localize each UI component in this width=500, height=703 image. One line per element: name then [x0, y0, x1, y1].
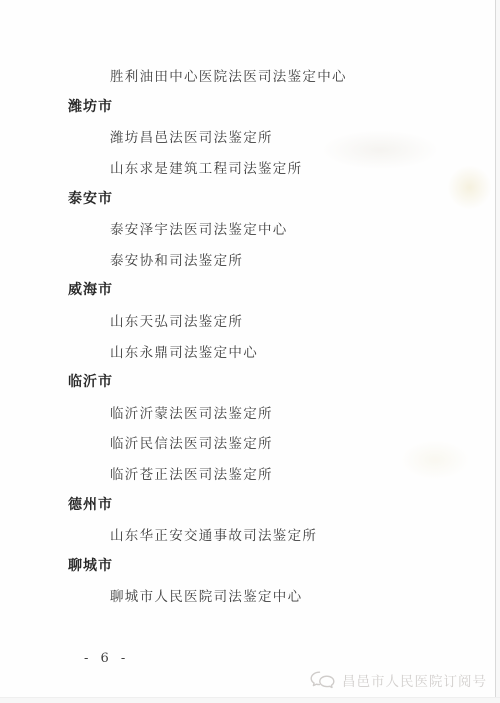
city-header-row: 威海市 [0, 274, 500, 305]
page-number: - 6 - [84, 651, 129, 666]
institution-row: 泰安泽宇法医司法鉴定中心 [0, 213, 500, 244]
institution-row: 山东华正安交通事故司法鉴定所 [0, 519, 500, 550]
city-header-row: 聊城市 [0, 550, 500, 581]
institution-row: 聊城市人民医院司法鉴定中心 [0, 580, 500, 611]
city-header-row: 潍坊市 [0, 91, 500, 122]
chat-bubbles-icon [309, 670, 336, 690]
institution-row: 泰安协和司法鉴定所 [0, 244, 500, 275]
institution-list: 胜利油田中心医院法医司法鉴定中心潍坊市潍坊昌邑法医司法鉴定所山东求是建筑工程司法… [0, 60, 500, 611]
page-right-edge [496, 0, 500, 703]
watermark-text: 昌邑市人民医院订阅号 [342, 670, 487, 690]
page-edge-line [495, 0, 496, 703]
city-header-row: 临沂市 [0, 366, 500, 397]
institution-row: 胜利油田中心医院法医司法鉴定中心 [0, 60, 500, 91]
subscription-watermark: 昌邑市人民医院订阅号 [309, 670, 487, 690]
institution-row: 潍坊昌邑法医司法鉴定所 [0, 121, 500, 152]
institution-row: 临沂沂蒙法医司法鉴定所 [0, 397, 500, 428]
scanned-document-page: 胜利油田中心医院法医司法鉴定中心潍坊市潍坊昌邑法医司法鉴定所山东求是建筑工程司法… [0, 0, 500, 703]
institution-row: 山东求是建筑工程司法鉴定所 [0, 152, 500, 183]
city-header-row: 泰安市 [0, 182, 500, 213]
page-bottom-edge [0, 697, 500, 703]
city-header-row: 德州市 [0, 488, 500, 519]
institution-row: 临沂民信法医司法鉴定所 [0, 427, 500, 458]
institution-row: 山东天弘司法鉴定所 [0, 305, 500, 336]
institution-row: 山东永鼎司法鉴定中心 [0, 335, 500, 366]
institution-row: 临沂苍正法医司法鉴定所 [0, 458, 500, 489]
